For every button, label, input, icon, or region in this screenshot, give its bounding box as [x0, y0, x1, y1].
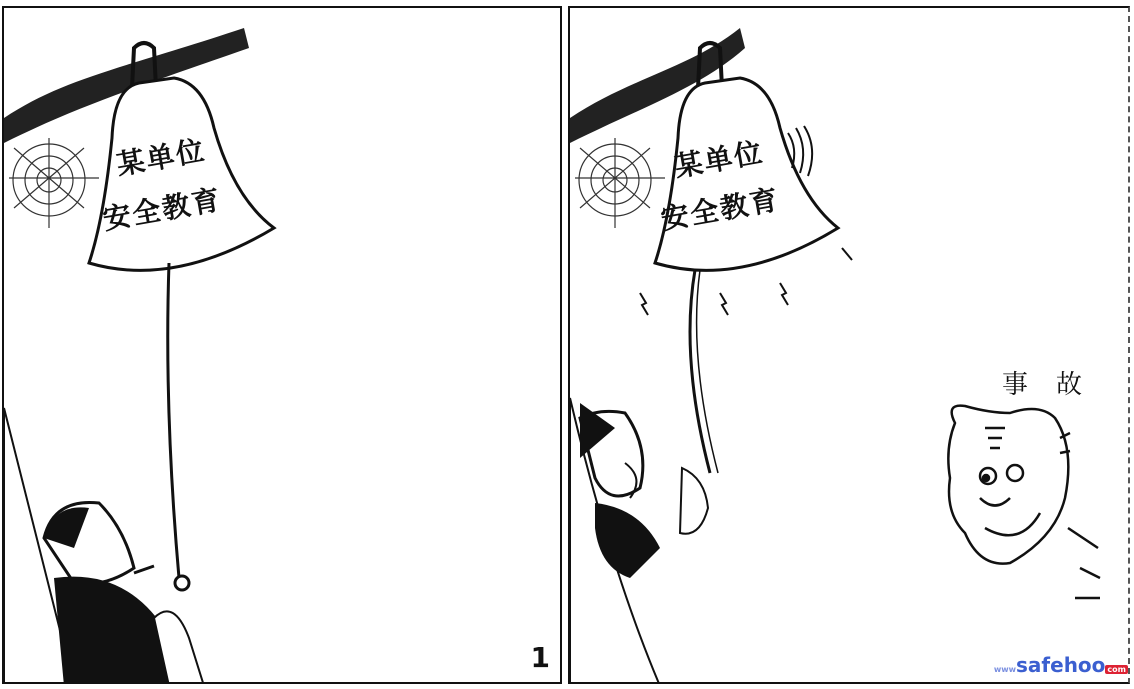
bell-icon [89, 78, 274, 270]
watermark-suffix: com [1105, 665, 1128, 674]
watermark-prefix: www [994, 665, 1016, 674]
tiger-caption: 事故 [1002, 364, 1110, 401]
cobweb-icon [575, 138, 665, 228]
cobweb-icon [9, 138, 99, 228]
panel-number: 1 [531, 641, 550, 674]
relaxed-man-illustration [44, 502, 204, 684]
watermark-brand: safehoo [1016, 653, 1105, 677]
panel-1-drawing [4, 8, 562, 684]
bell-rope [168, 263, 179, 578]
watermark-logo: wwwsafehoocom [994, 653, 1128, 677]
panel-2-drawing [570, 8, 1130, 684]
comic-panel-2: 某单位 安全教育 事故 [568, 6, 1130, 684]
comic-panel-1: 某单位 安全教育 1 [2, 6, 562, 684]
tiger-illustration [948, 406, 1100, 598]
bell-rope [690, 270, 710, 473]
